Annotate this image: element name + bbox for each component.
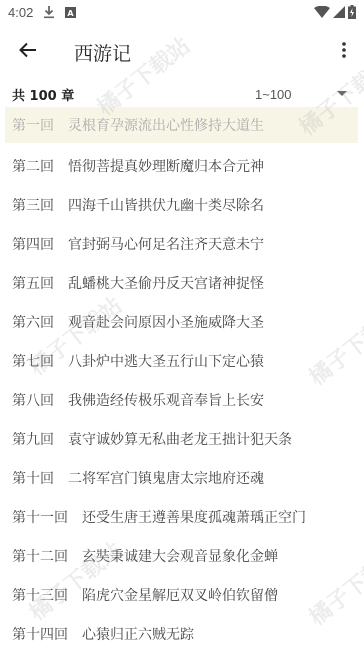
chapter-item[interactable]: 第十四回 心猿归正六贼无踪 [0, 614, 364, 648]
chapter-item[interactable]: 第十三回 陷虎穴金星解厄双叉岭伯钦留僧 [0, 575, 364, 614]
chapter-number: 第八回 [12, 390, 54, 410]
wifi-icon [314, 6, 330, 18]
battery-charging-icon [348, 5, 356, 19]
more-vertical-icon [342, 42, 346, 62]
chapter-title: 四海千山皆拱伏九幽十类尽除名 [68, 195, 264, 215]
chapter-title: 我佛造经传极乐观音奉旨上长安 [68, 390, 264, 410]
page-title: 西游记 [74, 39, 131, 66]
chapter-item-current[interactable]: 第一回 灵根育孕源流出心性修持大道生 [5, 107, 358, 143]
chapter-list: 第一回 灵根育孕源流出心性修持大道生 第二回 悟彻菩提真妙理断魔归本合元神 第三… [0, 107, 364, 648]
chapter-title: 悟彻菩提真妙理断魔归本合元神 [68, 156, 264, 176]
chapter-item[interactable]: 第十回 二将军宫门镇鬼唐太宗地府还魂 [0, 458, 364, 497]
svg-text:A: A [68, 9, 75, 18]
a-notification-icon: A [65, 7, 76, 18]
chapter-number: 第十回 [12, 468, 54, 488]
more-options-button[interactable] [324, 28, 364, 76]
chapter-item[interactable]: 第六回 观音赴会问原因小圣施威降大圣 [0, 302, 364, 341]
chapter-item[interactable]: 第三回 四海千山皆拱伏九幽十类尽除名 [0, 185, 364, 224]
app-toolbar: 西游记 [0, 28, 364, 76]
signal-icon [333, 6, 345, 18]
arrow-left-icon [19, 42, 37, 62]
chapter-item[interactable]: 第七回 八卦炉中逃大圣五行山下定心猿 [0, 341, 364, 380]
back-button[interactable] [0, 28, 56, 76]
chapter-title: 观音赴会问原因小圣施威降大圣 [68, 312, 264, 332]
chapter-item[interactable]: 第四回 官封弼马心何足名注齐天意未宁 [0, 224, 364, 263]
chapter-number: 第二回 [12, 156, 54, 176]
download-icon [43, 5, 55, 19]
chapter-number: 第十一回 [12, 507, 68, 527]
chapter-number: 第五回 [12, 273, 54, 293]
chapter-title: 二将军宫门镇鬼唐太宗地府还魂 [68, 468, 264, 488]
chapter-number: 第十三回 [12, 585, 68, 605]
chapter-title: 灵根育孕源流出心性修持大道生 [68, 115, 264, 135]
chapter-item[interactable]: 第十一回 还受生唐王遵善果度孤魂萧瑀正空门 [0, 497, 364, 536]
range-dropdown[interactable]: 1~100 [255, 82, 292, 106]
status-time: 4:02 [8, 5, 33, 20]
chapter-number: 第十二回 [12, 546, 68, 566]
chapter-title: 玄奘秉诚建大会观音显象化金蝉 [82, 546, 278, 566]
chapter-header: 共 100 章 1~100 [0, 82, 364, 106]
chapter-item[interactable]: 第二回 悟彻菩提真妙理断魔归本合元神 [0, 146, 364, 185]
chapter-title: 陷虎穴金星解厄双叉岭伯钦留僧 [82, 585, 278, 605]
chapter-title: 乱蟠桃大圣偷丹反天宫诸神捉怪 [68, 273, 264, 293]
caret-down-icon [337, 91, 347, 96]
chapter-number: 第一回 [12, 115, 54, 135]
chapter-item[interactable]: 第十二回 玄奘秉诚建大会观音显象化金蝉 [0, 536, 364, 575]
chapter-item[interactable]: 第九回 袁守诚妙算无私曲老龙王拙计犯天条 [0, 419, 364, 458]
chapter-number: 第十四回 [12, 624, 68, 644]
chapter-item[interactable]: 第五回 乱蟠桃大圣偷丹反天宫诸神捉怪 [0, 263, 364, 302]
chapter-title: 八卦炉中逃大圣五行山下定心猿 [68, 351, 264, 371]
chapter-number: 第九回 [12, 429, 54, 449]
chapter-number: 第四回 [12, 234, 54, 254]
chapter-number: 第六回 [12, 312, 54, 332]
chapter-number: 第三回 [12, 195, 54, 215]
chapter-title: 还受生唐王遵善果度孤魂萧瑀正空门 [82, 507, 306, 527]
status-bar: 4:02 A [0, 0, 364, 24]
chapter-title: 袁守诚妙算无私曲老龙王拙计犯天条 [68, 429, 292, 449]
chapter-title: 心猿归正六贼无踪 [82, 624, 194, 644]
range-value: 1~100 [255, 87, 292, 102]
chapter-title: 官封弼马心何足名注齐天意未宁 [68, 234, 264, 254]
chapter-number: 第七回 [12, 351, 54, 371]
chapter-count: 共 100 章 [12, 85, 74, 104]
chapter-item[interactable]: 第八回 我佛造经传极乐观音奉旨上长安 [0, 380, 364, 419]
